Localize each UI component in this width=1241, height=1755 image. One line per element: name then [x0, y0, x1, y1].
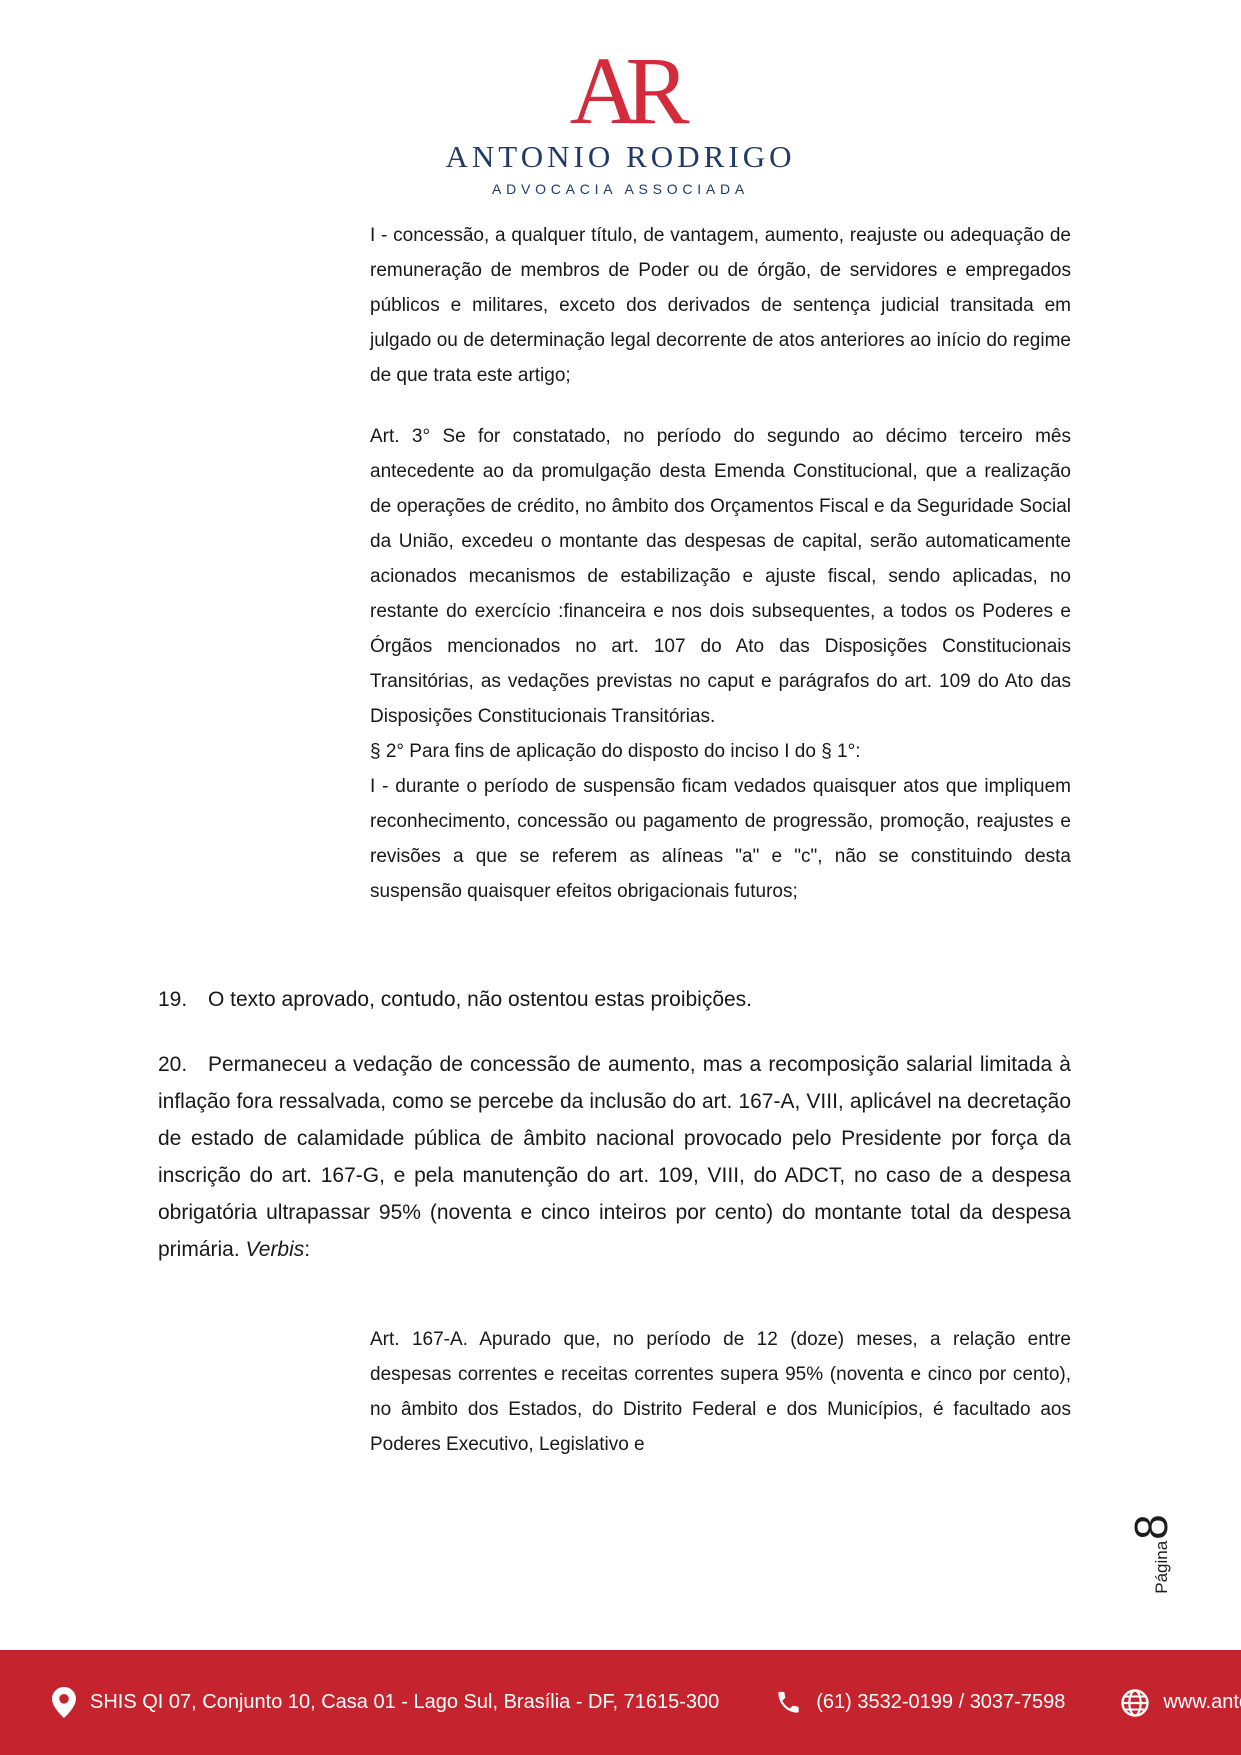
page-number-label: Página: [1152, 1541, 1172, 1594]
paragraph-19-text: O texto aprovado, contudo, não ostentou …: [208, 988, 752, 1011]
document-body: I - concessão, a qualquer título, de van…: [0, 198, 1241, 1462]
footer-bar: SHIS QI 07, Conjunto 10, Casa 01 - Lago …: [0, 1650, 1241, 1755]
quote-art3-block: Art. 3° Se for constatado, no período do…: [370, 419, 1071, 909]
quote-art3: Art. 3° Se for constatado, no período do…: [370, 419, 1071, 734]
footer-address-item: SHIS QI 07, Conjunto 10, Casa 01 - Lago …: [52, 1687, 719, 1718]
globe-icon: [1121, 1689, 1149, 1717]
paragraph-20-colon: :: [304, 1238, 310, 1261]
page-number: Página8: [1124, 1472, 1176, 1636]
footer-phone-item: (61) 3532-0199 / 3037-7598: [775, 1689, 1065, 1716]
paragraph-19: 19.O texto aprovado, contudo, não ostent…: [158, 981, 1071, 1018]
paragraph-20-number: 20.: [158, 1046, 208, 1083]
footer-phone-text: (61) 3532-0199 / 3037-7598: [816, 1691, 1065, 1714]
paragraph-19-number: 19.: [158, 981, 208, 1018]
paragraph-20-text: Permaneceu a vedação de concessão de aum…: [158, 1053, 1071, 1261]
location-pin-icon: [52, 1687, 76, 1718]
firm-subtitle: ADVOCACIA ASSOCIADA: [0, 182, 1241, 197]
logo-monogram: AR: [0, 44, 1241, 138]
footer-website-text: www.antoniorodrigo.adv.br: [1163, 1691, 1241, 1714]
quote-inciso-i-suspensao: I - durante o período de suspensão ficam…: [370, 769, 1071, 909]
firm-name: ANTONIO RODRIGO: [0, 140, 1241, 174]
quote-inciso-i: I - concessão, a qualquer título, de van…: [370, 218, 1071, 393]
footer-address-text: SHIS QI 07, Conjunto 10, Casa 01 - Lago …: [90, 1691, 719, 1714]
firm-logo: AR ANTONIO RODRIGO ADVOCACIA ASSOCIADA: [0, 44, 1241, 198]
quote-paragraph-2: § 2° Para fins de aplicação do disposto …: [370, 734, 1071, 769]
footer-website-item: www.antoniorodrigo.adv.br: [1121, 1689, 1241, 1717]
phone-icon: [775, 1689, 802, 1716]
page-number-value: 8: [1124, 1514, 1178, 1540]
quote-art167a: Art. 167-A. Apurado que, no período de 1…: [370, 1322, 1071, 1462]
paragraph-20-latin-term: Verbis: [246, 1238, 305, 1261]
letterhead: AR ANTONIO RODRIGO ADVOCACIA ASSOCIADA: [0, 0, 1241, 198]
document-page: AR ANTONIO RODRIGO ADVOCACIA ASSOCIADA I…: [0, 0, 1241, 1755]
paragraph-20: 20.Permaneceu a vedação de concessão de …: [158, 1046, 1071, 1268]
